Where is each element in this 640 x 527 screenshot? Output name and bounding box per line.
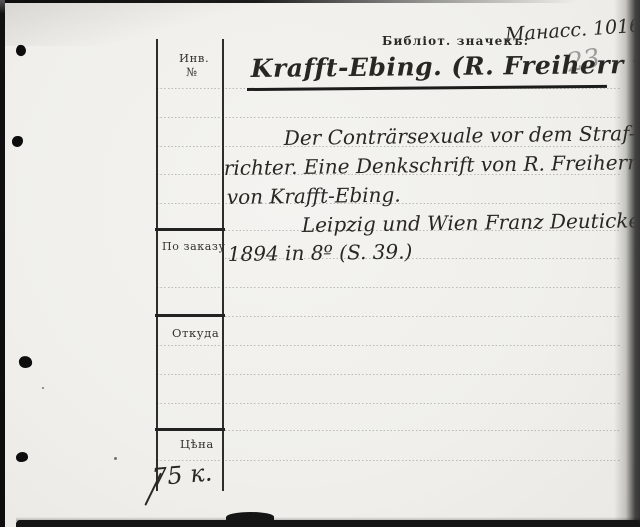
scan-edge-top [0,0,640,3]
entry-line-3: von Krafft-Ebing. [227,183,401,209]
ruled-line [157,374,620,375]
paper-corner-shade [0,0,340,46]
entry-line-5: 1894 in 8º (S. 39.) [228,239,413,266]
ruled-line [225,430,620,431]
label-by-order: По заказу [162,240,226,253]
label-origin: Откуда [172,326,219,340]
scan-edge-right [614,0,640,527]
paper-speck [42,387,44,389]
heading-underline [247,85,607,91]
column-border-left [156,39,158,491]
ruled-line [225,316,620,317]
label-inventory: Инв. [179,51,209,65]
ink-blot [18,355,33,369]
ruled-line [157,403,620,404]
column-border-right [222,39,224,491]
ruled-line [157,345,620,346]
entry-line-2: richter. Eine Denkschrift von R. Freiher… [224,150,637,180]
ruled-line [157,287,620,288]
entry-line-1: Der Conträrsexuale vor dem Straf- [284,121,636,150]
ruled-line [157,117,620,118]
ink-blot [12,136,23,147]
paper-speck [114,457,117,460]
entry-line-4: Leipzig und Wien Franz Deuticke [302,208,640,237]
section-divider [155,428,225,431]
scan-edge-left [0,0,5,527]
author-heading-handwritten: Krafft-Ebing. (R. Freiherr v.) [251,50,640,83]
ink-blot [16,452,28,462]
ruled-line [157,460,620,461]
section-divider [155,228,225,231]
scan-edge-bottom [16,520,640,527]
label-price: Цѣна [180,437,214,451]
label-inventory-no-symbol: № [186,65,197,79]
section-divider [155,314,225,317]
scanned-catalog-card: Инв. № По заказу Откуда Цѣна Библіот. зн… [0,0,640,527]
